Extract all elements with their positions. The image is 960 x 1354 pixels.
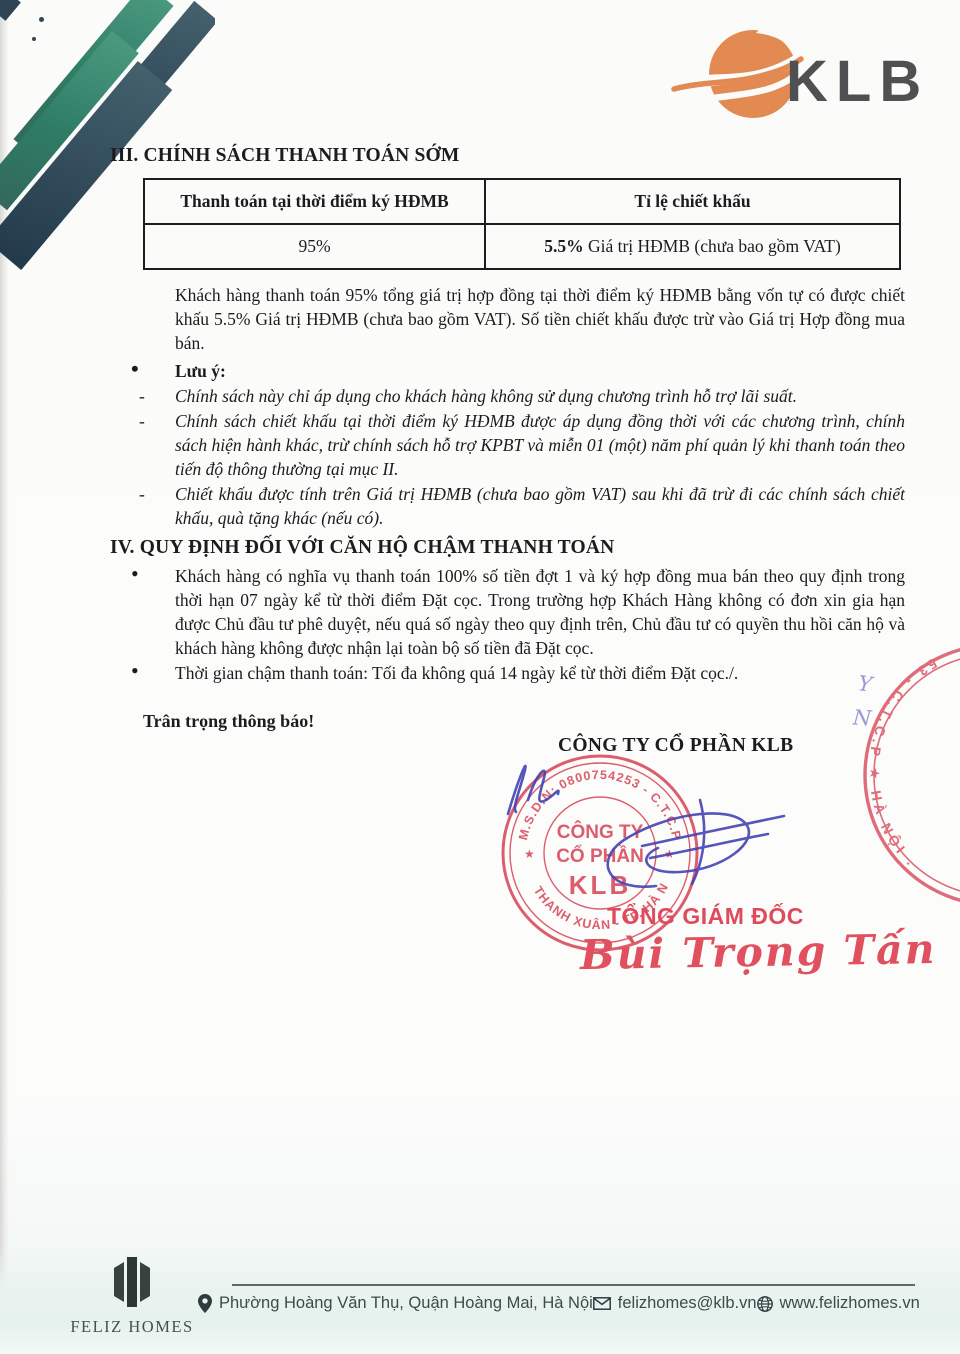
klb-logo-text: KLB	[786, 48, 929, 115]
late-payment-rule: Khách hàng có nghĩa vụ thanh toán 100% s…	[175, 564, 905, 660]
stamp-star-right: ★	[664, 847, 675, 861]
stamp-line1: CÔNG TY	[557, 821, 644, 843]
note-label: Lưu ý:	[175, 359, 905, 383]
stamp-arc-bottom: Q. THANH XUÂN - TP. HÀ NỘI	[495, 748, 671, 932]
website-text: www.felizhomes.vn	[780, 1294, 920, 1313]
discount-desc: Giá trị HĐMB (chưa bao gồm VAT)	[584, 236, 841, 256]
stripe-dot	[32, 37, 36, 41]
discount-cell: 5.5% Giá trị HĐMB (chưa bao gồm VAT)	[485, 224, 900, 269]
email-text: felizhomes@klb.vn	[618, 1294, 757, 1313]
section3-heading: III. CHÍNH SÁCH THANH TOÁN SỚM	[110, 145, 906, 167]
footer: FELIZ HOMES Phường Hoàng Văn Thụ, Quận H…	[0, 1242, 960, 1354]
stamp-line3: KLB	[569, 870, 631, 900]
website-item: www.felizhomes.vn	[757, 1294, 920, 1313]
stamp-star-left: ★	[524, 847, 535, 861]
email-item: felizhomes@klb.vn	[593, 1294, 757, 1313]
discount-rate: 5.5%	[544, 236, 583, 256]
envelope-icon	[593, 1297, 611, 1310]
klb-logo: KLB	[668, 26, 918, 122]
document-page: KLB III. CHÍNH SÁCH THANH TOÁN SỚM Thanh…	[0, 0, 960, 1354]
table-header-discount: Tỉ lệ chiết khấu	[485, 179, 900, 224]
location-pin-icon	[198, 1294, 212, 1313]
svg-text:Q. THANH XUÂN - TP. HÀ NỘI: Q. THANH XUÂN - TP. HÀ NỘI	[495, 748, 671, 932]
late-payment-deadline: Thời gian chậm thanh toán: Tối đa không …	[175, 661, 905, 685]
note-item: Chính sách này chỉ áp dụng cho khách hàn…	[175, 384, 905, 408]
closing-line: Trân trọng thông báo!	[143, 711, 906, 732]
table-row: 95% 5.5% Giá trị HĐMB (chưa bao gồm VAT)	[144, 224, 900, 269]
section3-paragraph: Khách hàng thanh toán 95% tổng giá trị h…	[175, 283, 905, 355]
table-header-payment: Thanh toán tại thời điểm ký HĐMB	[144, 179, 485, 224]
signature-scribble	[478, 742, 808, 912]
feliz-homes-logo: FELIZ HOMES	[62, 1256, 202, 1337]
globe-icon	[757, 1296, 773, 1312]
section4-heading: IV. QUY ĐỊNH ĐỐI VỚI CĂN HỘ CHẬM THANH T…	[110, 537, 906, 559]
footer-divider	[232, 1284, 915, 1286]
stripe-chip	[0, 0, 21, 21]
stamp-line2: CỔ PHẦN	[556, 845, 644, 867]
director-title: TỔNG GIÁM ĐỐC	[607, 903, 804, 930]
company-name: CÔNG TY CỔ PHẦN KLB	[558, 735, 793, 757]
director-signature-name: Bùi Trọng Tấn	[580, 925, 937, 979]
address-item: Phường Hoàng Văn Thụ, Quận Hoàng Mai, Hà…	[198, 1294, 593, 1313]
company-stamp: M.S.D.N: 0800754253 - C.T.C.P Q. THANH X…	[495, 748, 705, 960]
document-body: III. CHÍNH SÁCH THANH TOÁN SỚM Thanh toá…	[110, 145, 906, 732]
early-payment-table: Thanh toán tại thời điểm ký HĐMB Tỉ lệ c…	[143, 178, 901, 270]
footer-contacts: Phường Hoàng Văn Thụ, Quận Hoàng Mai, Hà…	[198, 1294, 915, 1313]
stripe-dot	[39, 17, 44, 22]
stamp-arc-top: M.S.D.N: 0800754253 - C.T.C.P	[516, 768, 684, 842]
note-item: Chính sách chiết khấu tại thời điểm ký H…	[175, 409, 905, 481]
feliz-homes-label: FELIZ HOMES	[62, 1317, 202, 1337]
svg-text:M.S.D.N: 0800754253 - C.T.C.P: M.S.D.N: 0800754253 - C.T.C.P	[516, 768, 684, 842]
address-text: Phường Hoàng Văn Thụ, Quận Hoàng Mai, Hà…	[219, 1294, 593, 1313]
payment-percent-cell: 95%	[144, 224, 485, 269]
table-header-row: Thanh toán tại thời điểm ký HĐMB Tỉ lệ c…	[144, 179, 900, 224]
note-item: Chiết khấu được tính trên Giá trị HĐMB (…	[175, 482, 905, 530]
feliz-homes-icon	[100, 1256, 164, 1308]
